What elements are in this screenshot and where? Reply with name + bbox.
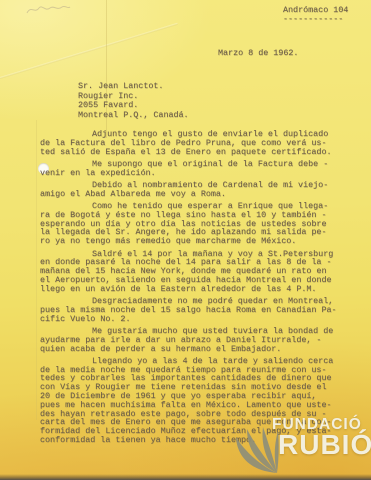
paper-crease	[36, 120, 37, 420]
reference-underline: ------------	[283, 15, 343, 24]
scanned-letter-page: Andrómaco 104 ------------ Marzo 8 de 19…	[0, 0, 371, 480]
letter-body: Adjunto tengo el gusto de enviarle el du…	[40, 130, 342, 448]
scan-edge	[0, 474, 371, 480]
letter-paragraph: Saldré el 14 por la mañana y voy a St.Pe…	[40, 250, 342, 294]
letter-paragraph: Me supongo que el original de la Factura…	[40, 160, 342, 178]
date-label: Marzo 8 de 1962.	[218, 49, 298, 58]
letter-paragraph: Adjunto tengo el gusto de enviarle el du…	[40, 130, 342, 156]
watermark-text: FUNDACIÓ RUBIÓ	[272, 417, 371, 457]
letter-paragraph: Me gustaría mucho que usted tuviera la b…	[40, 327, 342, 353]
recipient-address: Sr. Jean Lanctot. Rougier Inc. 2055 Fava…	[78, 82, 189, 120]
watermark-org-name-2: RUBIÓ	[278, 432, 371, 457]
paper-crease	[0, 23, 178, 83]
letter-paragraph: Debido al nombramiento de Cardenal de mi…	[40, 181, 342, 199]
letter-paragraph: Desgraciadamente no me podré quedar en M…	[40, 297, 342, 323]
letter-paragraph: Como he tenido que esperar a Enrique que…	[40, 202, 342, 246]
pencil-annotation	[24, 2, 72, 18]
